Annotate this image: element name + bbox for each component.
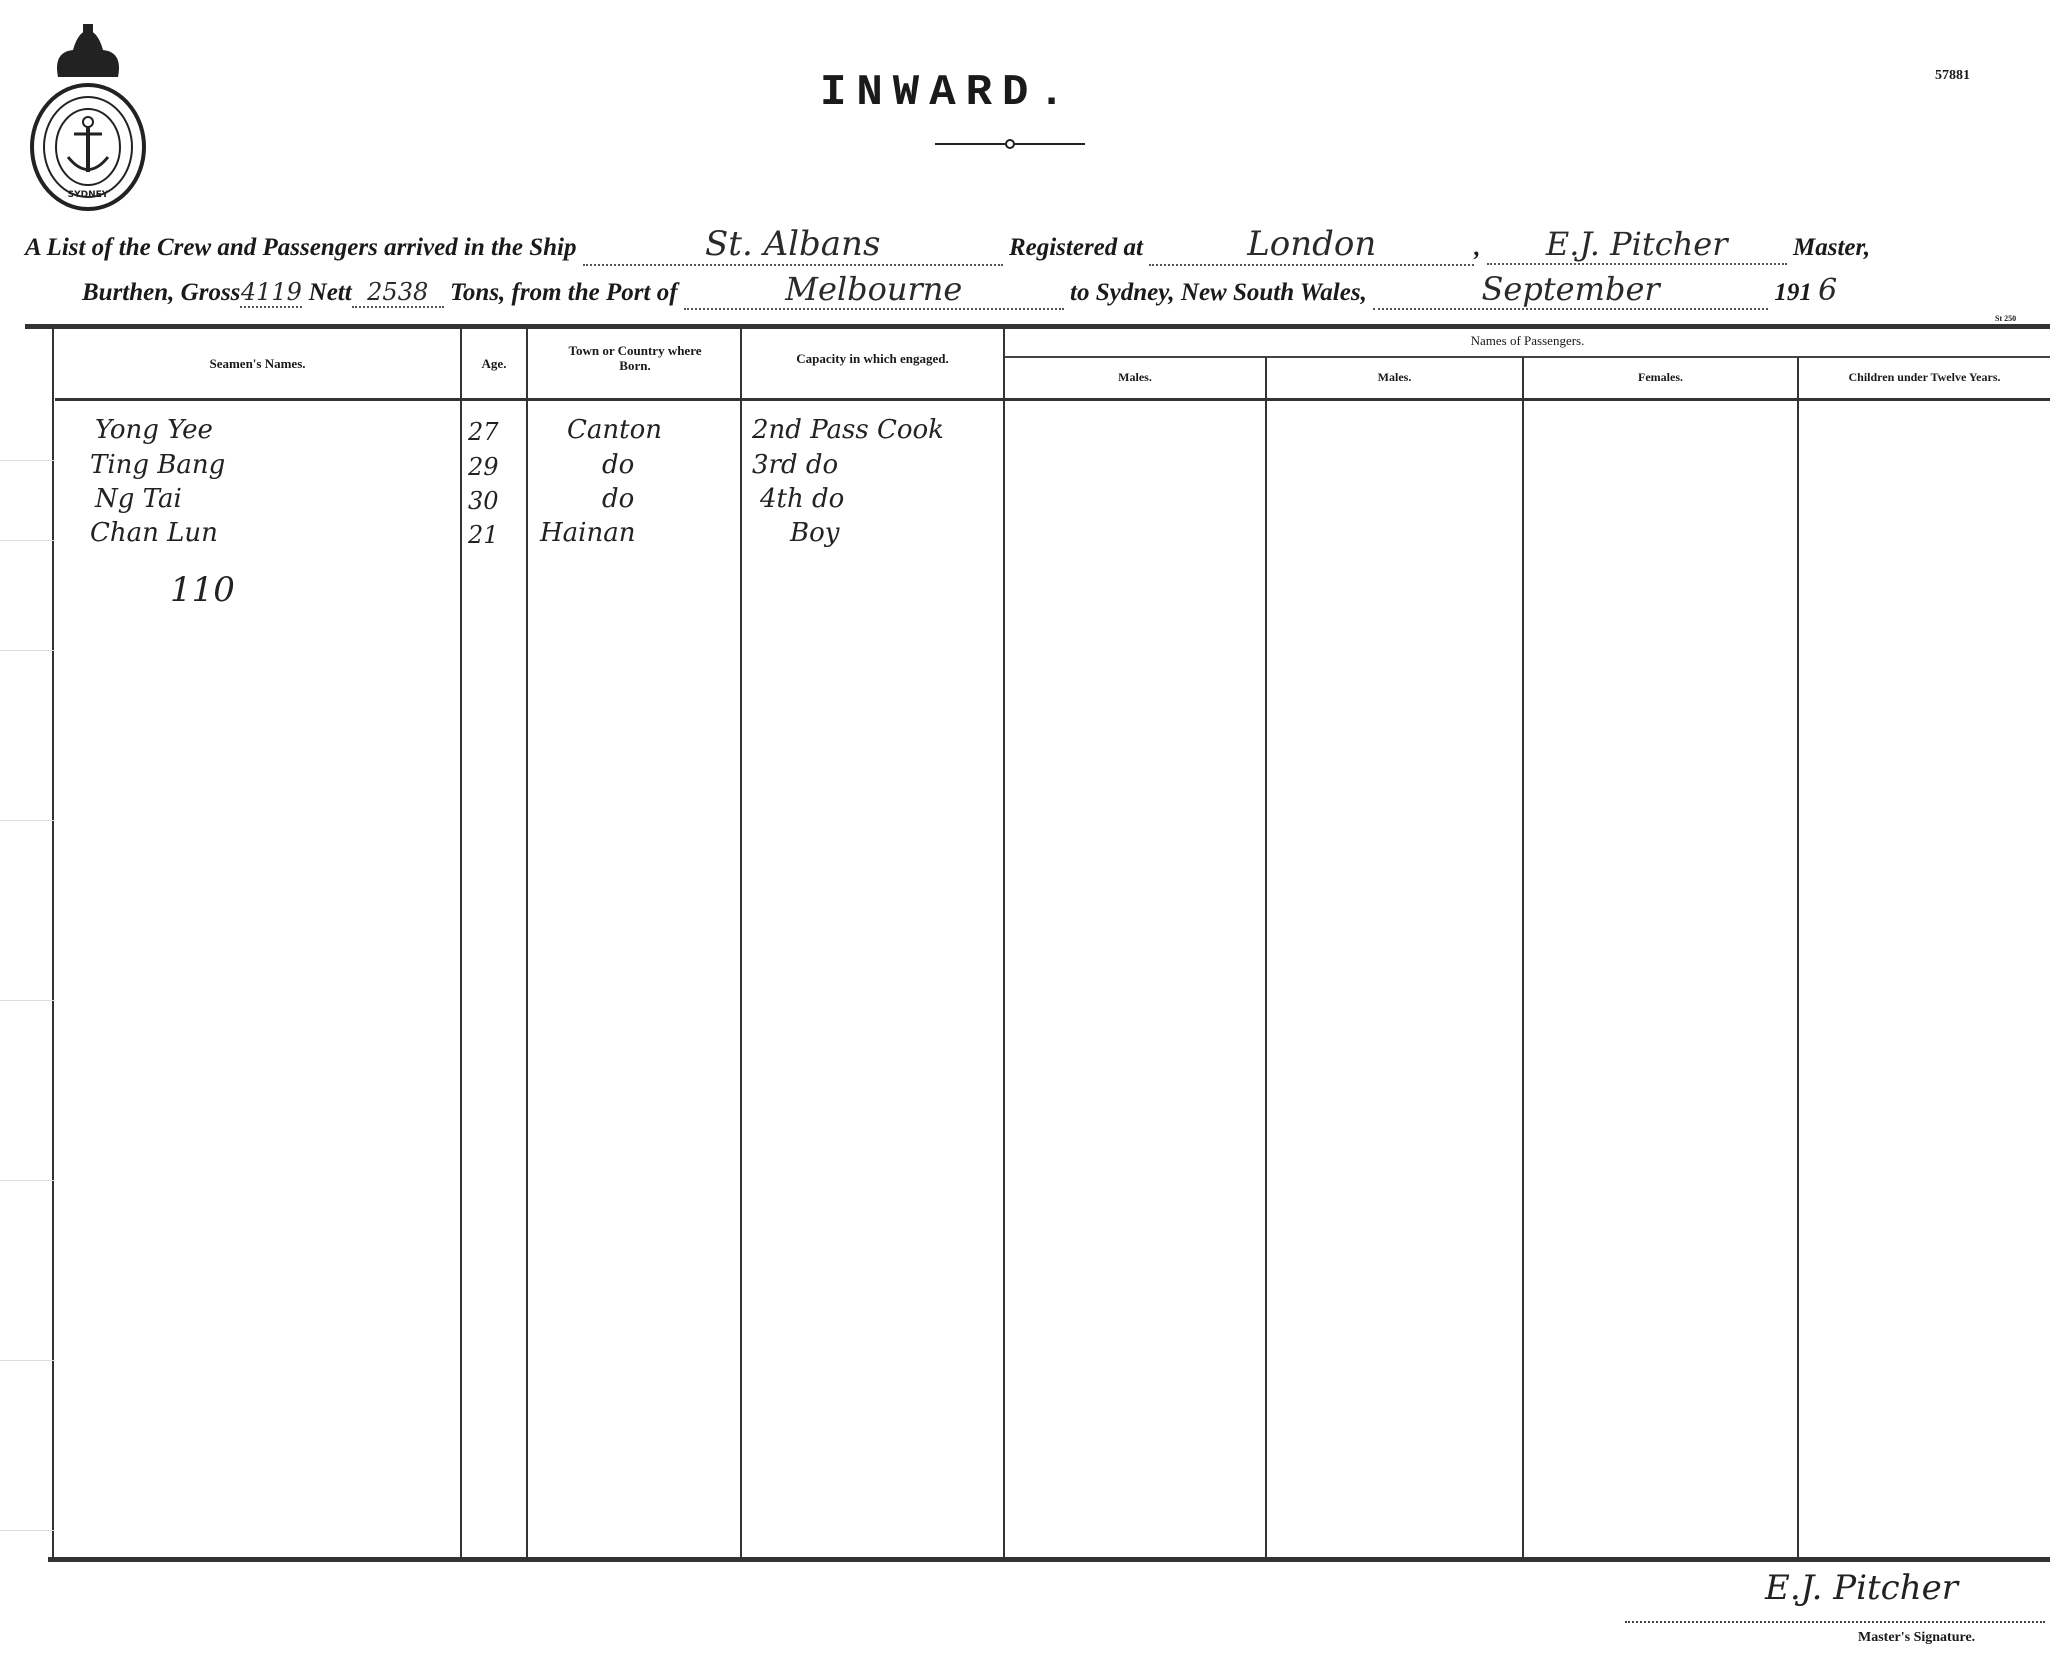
seaman-age: 27: [468, 418, 499, 446]
form-code: St 250: [1995, 314, 2016, 323]
seaman-name: Chan Lun: [90, 518, 218, 548]
margin-ruling: [0, 540, 55, 541]
title-flourish-divider: [935, 134, 1085, 144]
burthen-label: Burthen, Gross: [82, 279, 240, 306]
year-suffix-field[interactable]: 6: [1818, 273, 1837, 308]
column-header-females: Females.: [1524, 370, 1797, 385]
page-title: INWARD.: [820, 68, 1075, 118]
column-header-males-1: Males.: [1005, 370, 1265, 385]
nett-label: Nett: [309, 279, 352, 306]
list-label: A List of the Crew and Passengers arrive…: [25, 234, 576, 261]
margin-ruling: [0, 820, 55, 821]
seaman-name: Ting Bang: [90, 450, 225, 480]
margin-ruling: [0, 1530, 55, 1531]
seaman-name: Ng Tai: [95, 484, 182, 514]
margin-ruling: [0, 460, 55, 461]
column-divider-born-capacity: [740, 329, 742, 1559]
seaman-name: Yong Yee: [95, 415, 213, 445]
signature-label: Master's Signature.: [1858, 1630, 1975, 1646]
table-bottom-rule: [48, 1557, 2050, 1562]
ship-name-field[interactable]: St. Albans: [583, 224, 1003, 266]
seaman-age: 21: [468, 521, 499, 549]
margin-ruling: [0, 1180, 55, 1181]
seaman-age: 29: [468, 453, 499, 481]
column-header-age: Age.: [462, 356, 526, 371]
header-line-1: A List of the Crew and Passengers arrive…: [25, 224, 1870, 266]
nett-tonnage-field[interactable]: 2538: [352, 278, 444, 308]
svg-text:SYDNEY: SYDNEY: [68, 190, 109, 200]
shipping-masters-crest-icon: SYDNEY: [28, 22, 148, 212]
margin-ruling: [0, 1360, 55, 1361]
signature-line: [1625, 1621, 2045, 1623]
column-header-names: Seamen's Names.: [55, 356, 460, 371]
column-divider-names-age: [460, 329, 462, 1559]
registered-label: Registered at: [1009, 234, 1143, 261]
margin-ruling: [0, 650, 55, 651]
column-header-born: Town or Country where Born.: [560, 343, 710, 373]
margin-ruling: [0, 1000, 55, 1001]
table-left-border: [52, 329, 54, 1559]
column-header-males-2: Males.: [1267, 370, 1522, 385]
column-header-capacity: Capacity in which engaged.: [742, 351, 1003, 366]
column-header-passengers: Names of Passengers.: [1005, 333, 2050, 348]
seaman-capacity: 4th do: [760, 484, 844, 514]
master-name-field[interactable]: E.J. Pitcher: [1487, 225, 1787, 265]
master-signature[interactable]: E.J. Pitcher: [1765, 1568, 1958, 1608]
tons-label: Tons, from the Port of: [450, 279, 678, 306]
seaman-birthplace: do: [602, 484, 634, 514]
year-prefix: 191: [1774, 279, 1812, 306]
passengers-subheader-rule: [1005, 356, 2050, 358]
table-header-rule: [55, 398, 2050, 401]
header-line-2: Burthen, Gross4119 Nett2538 Tons, from t…: [82, 270, 1837, 310]
seaman-capacity: Boy: [790, 518, 839, 548]
document-number: 57881: [1935, 68, 1970, 84]
crew-count-note: 110: [170, 570, 235, 610]
table-top-rule: [25, 324, 2050, 329]
registered-port-field[interactable]: London: [1149, 224, 1474, 266]
seaman-capacity: 2nd Pass Cook: [752, 415, 944, 445]
column-divider-capacity-passengers: [1003, 329, 1005, 1559]
column-header-children: Children under Twelve Years.: [1799, 370, 2050, 385]
column-divider-age-born: [526, 329, 528, 1559]
master-label: Master,: [1793, 234, 1870, 261]
month-field[interactable]: September: [1373, 270, 1768, 310]
seaman-birthplace: do: [602, 450, 634, 480]
seaman-birthplace: Hainan: [540, 518, 635, 548]
column-divider-females-children: [1797, 357, 1799, 1559]
seaman-age: 30: [468, 487, 499, 515]
destination-label: to Sydney, New South Wales,: [1070, 279, 1367, 306]
comma: ,: [1474, 234, 1480, 261]
port-from-field[interactable]: Melbourne: [684, 270, 1064, 310]
gross-tonnage-field[interactable]: 4119: [240, 278, 302, 308]
seaman-birthplace: Canton: [567, 415, 662, 445]
column-divider-males-males: [1265, 357, 1267, 1559]
column-divider-males-females: [1522, 357, 1524, 1559]
seaman-capacity: 3rd do: [752, 450, 838, 480]
